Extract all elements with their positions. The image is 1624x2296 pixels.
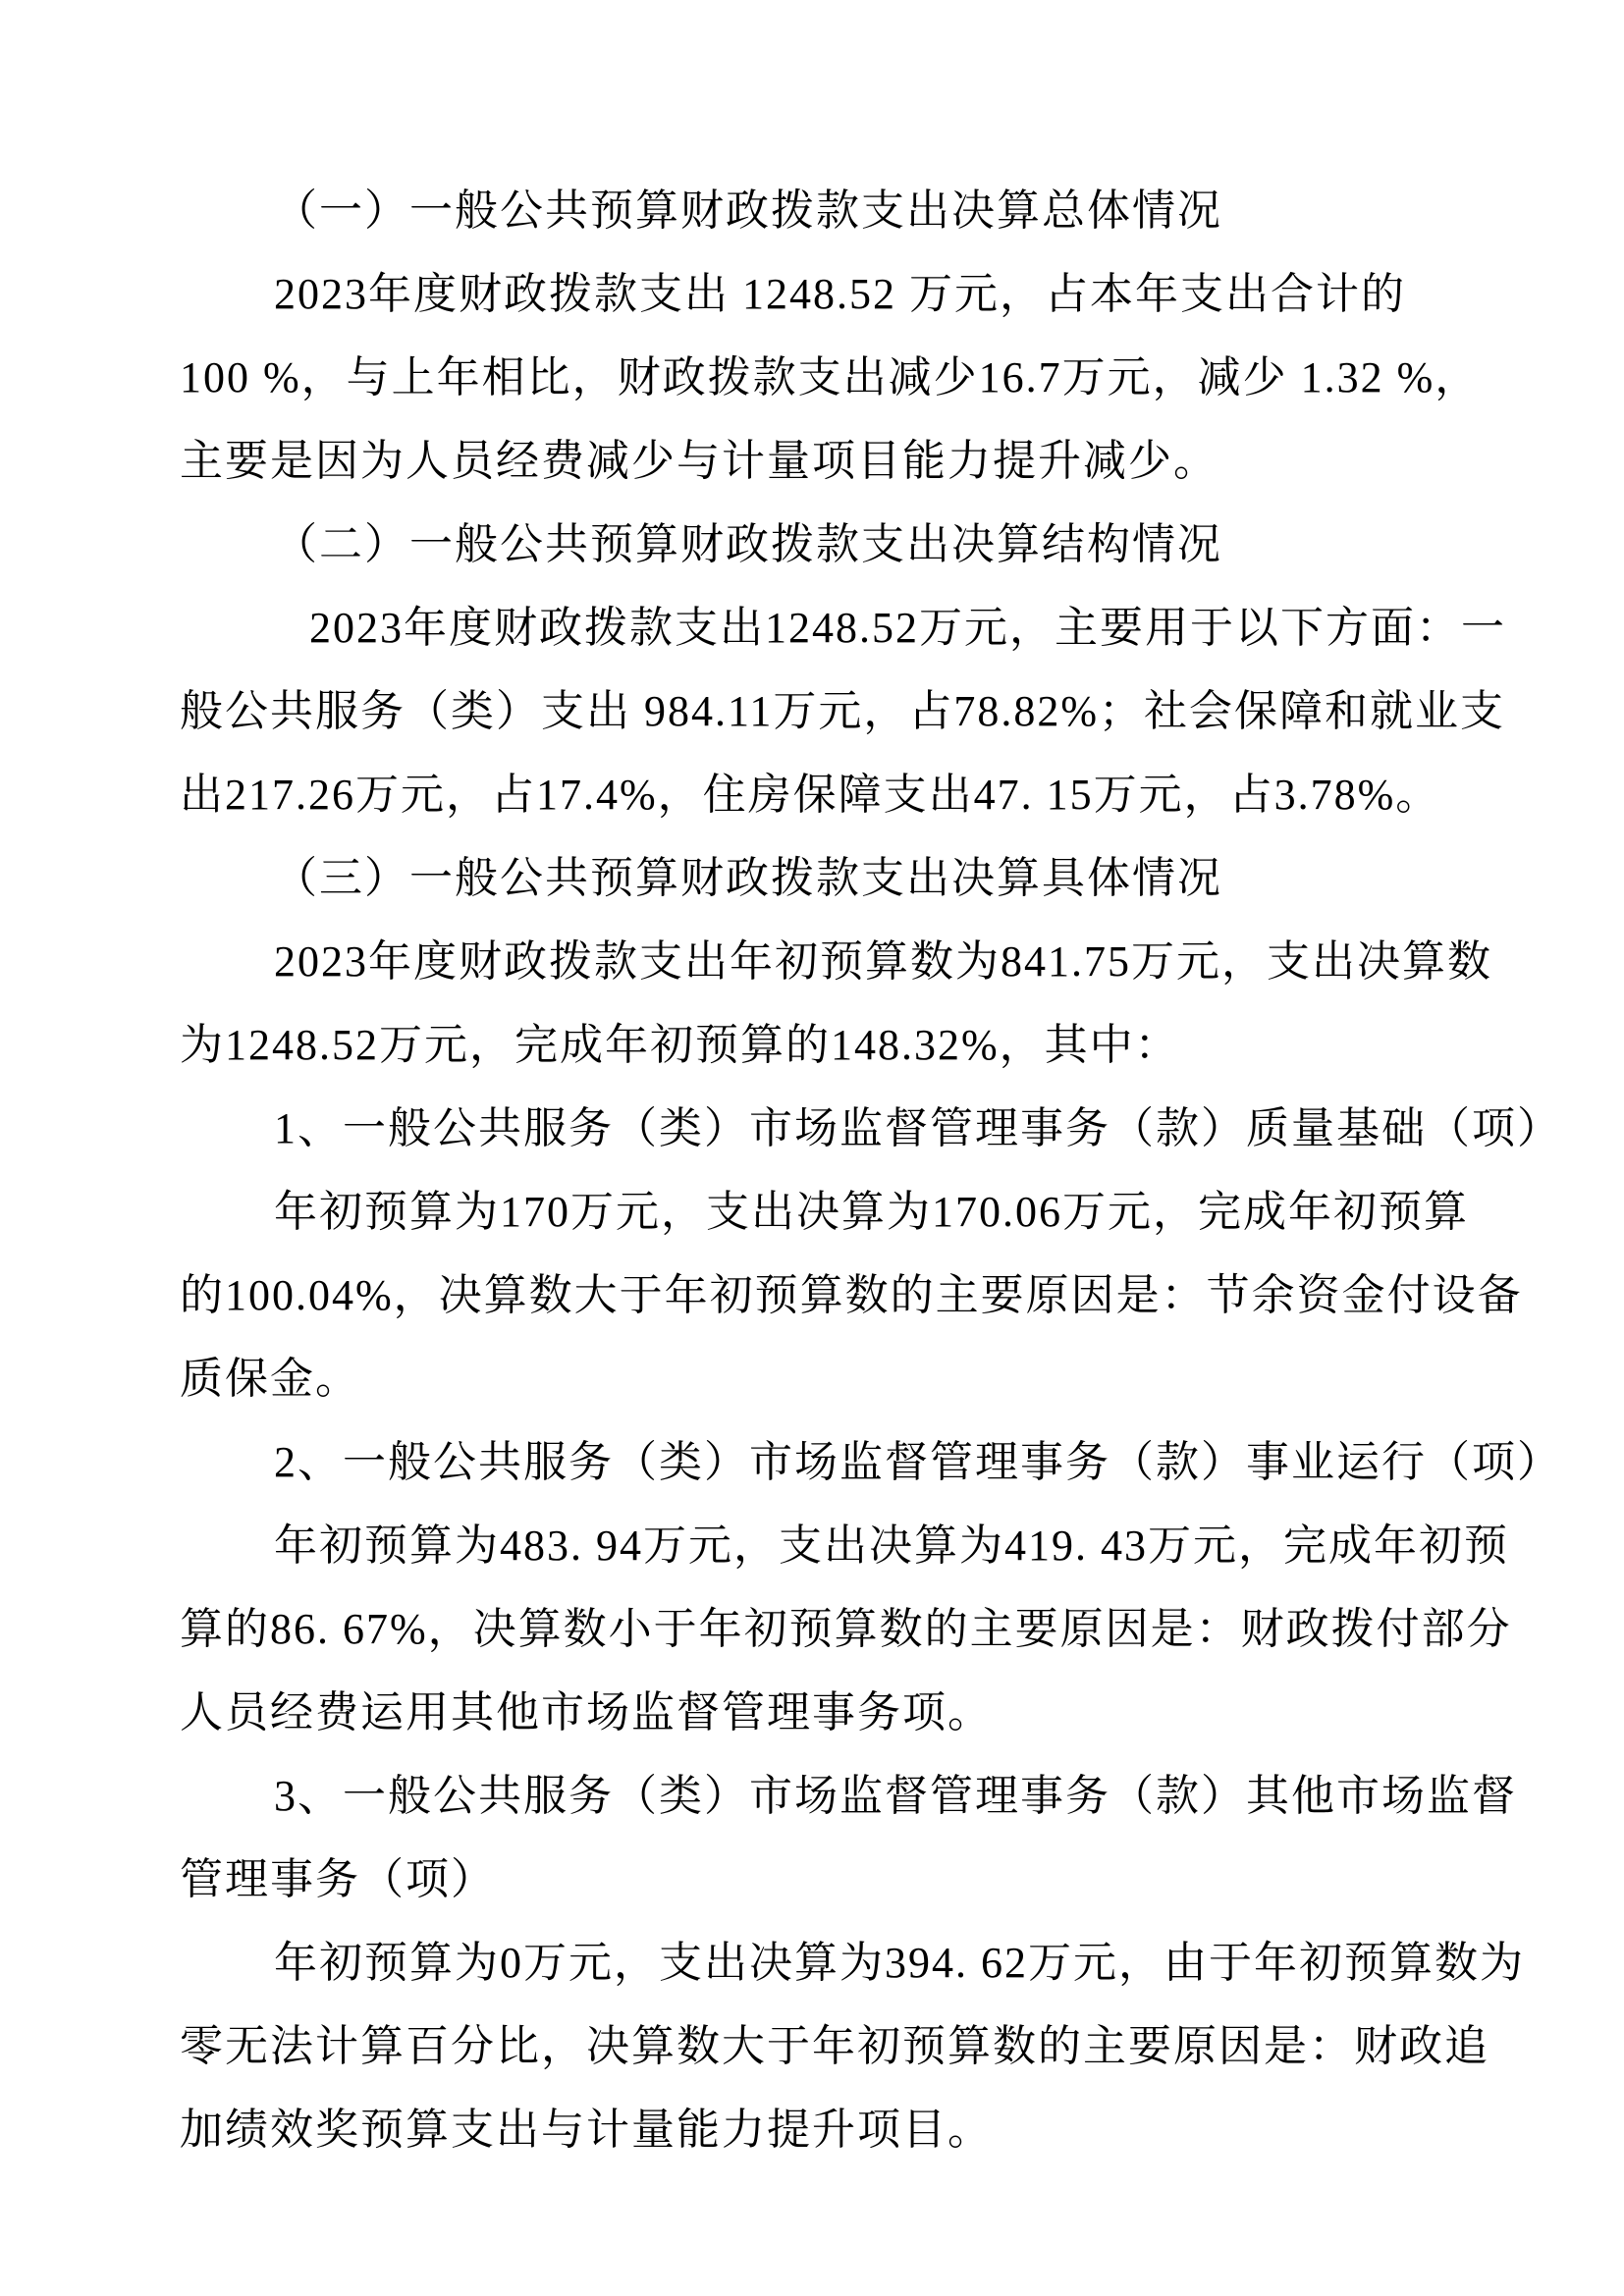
text-line: 年初预算为483. 94万元，支出决算为419. 43万元，完成年初预 <box>180 1504 1456 1587</box>
text-line: 般公共服务（类）支出 984.11万元，占78.82%；社会保障和就业支 <box>180 669 1456 753</box>
document-page: （一）一般公共预算财政拨款支出决算总体情况 2023年度财政拨款支出 1248.… <box>0 0 1624 2296</box>
text-line: 2、一般公共服务（类）市场监督管理事务（款）事业运行（项） <box>180 1420 1456 1504</box>
text-line: 人员经费运用其他市场监督管理事务项。 <box>180 1671 1456 1754</box>
paragraph-body-4: 年初预算为170万元，支出决算为170.06万元，完成年初预算 的100.04%… <box>180 1170 1456 1420</box>
text-line: （一）一般公共预算财政拨款支出决算总体情况 <box>180 169 1456 252</box>
text-line: 年初预算为170万元，支出决算为170.06万元，完成年初预算 <box>180 1170 1456 1254</box>
text-line: 出217.26万元，占17.4%，住房保障支出47. 15万元，占3.78%。 <box>180 753 1456 836</box>
text-line: 年初预算为0万元，支出决算为394. 62万元，由于年初预算数为 <box>180 1921 1456 2004</box>
text-line: （三）一般公共预算财政拨款支出决算具体情况 <box>180 836 1456 920</box>
text-line: 2023年度财政拨款支出1248.52万元，主要用于以下方面：一 <box>180 586 1456 669</box>
paragraph-body-2: 2023年度财政拨款支出1248.52万元，主要用于以下方面：一 般公共服务（类… <box>180 586 1456 836</box>
paragraph-item-title-3: 3、一般公共服务（类）市场监督管理事务（款）其他市场监督 管理事务（项） <box>180 1754 1456 1921</box>
text-line: 1、一般公共服务（类）市场监督管理事务（款）质量基础（项） <box>180 1087 1456 1170</box>
text-line: 主要是因为人员经费减少与计量项目能力提升减少。 <box>180 419 1456 503</box>
text-line: 加绩效奖预算支出与计量能力提升项目。 <box>180 2088 1456 2171</box>
paragraph-section-heading-1: （一）一般公共预算财政拨款支出决算总体情况 <box>180 169 1456 252</box>
text-line: （二）一般公共预算财政拨款支出决算结构情况 <box>180 503 1456 586</box>
text-line: 100 %，与上年相比，财政拨款支出减少16.7万元，减少 1.32 %， <box>180 336 1456 419</box>
text-line: 为1248.52万元，完成年初预算的148.32%，其中： <box>180 1003 1456 1087</box>
text-line: 2023年度财政拨款支出年初预算数为841.75万元，支出决算数 <box>180 920 1456 1003</box>
text-line: 管理事务（项） <box>180 1838 1456 1921</box>
paragraph-section-heading-2: （二）一般公共预算财政拨款支出决算结构情况 <box>180 503 1456 586</box>
text-line: 2023年度财政拨款支出 1248.52 万元，占本年支出合计的 <box>180 252 1456 336</box>
text-line: 零无法计算百分比，决算数大于年初预算数的主要原因是：财政追 <box>180 2004 1456 2088</box>
paragraph-body-6: 年初预算为0万元，支出决算为394. 62万元，由于年初预算数为 零无法计算百分… <box>180 1921 1456 2171</box>
text-line: 质保金。 <box>180 1337 1456 1420</box>
paragraph-section-heading-3: （三）一般公共预算财政拨款支出决算具体情况 <box>180 836 1456 920</box>
text-line: 算的86. 67%，决算数小于年初预算数的主要原因是：财政拨付部分 <box>180 1587 1456 1671</box>
text-line: 3、一般公共服务（类）市场监督管理事务（款）其他市场监督 <box>180 1754 1456 1838</box>
paragraph-item-title-1: 1、一般公共服务（类）市场监督管理事务（款）质量基础（项） <box>180 1087 1456 1170</box>
paragraph-body-1: 2023年度财政拨款支出 1248.52 万元，占本年支出合计的 100 %，与… <box>180 252 1456 503</box>
document-content: （一）一般公共预算财政拨款支出决算总体情况 2023年度财政拨款支出 1248.… <box>180 169 1456 2171</box>
text-line: 的100.04%，决算数大于年初预算数的主要原因是：节余资金付设备 <box>180 1254 1456 1337</box>
paragraph-item-title-2: 2、一般公共服务（类）市场监督管理事务（款）事业运行（项） <box>180 1420 1456 1504</box>
paragraph-body-3: 2023年度财政拨款支出年初预算数为841.75万元，支出决算数 为1248.5… <box>180 920 1456 1087</box>
paragraph-body-5: 年初预算为483. 94万元，支出决算为419. 43万元，完成年初预 算的86… <box>180 1504 1456 1754</box>
